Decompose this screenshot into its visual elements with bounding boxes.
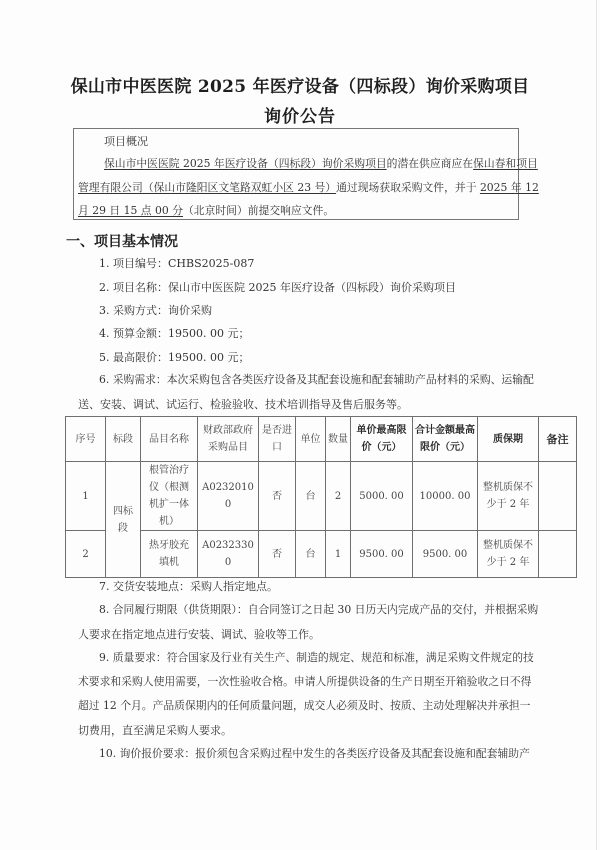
overview-project-name: 保山市中医医院 2025 年医疗设备（四标段）询价采购项目 bbox=[104, 157, 387, 170]
item-label: 4. 预算金额： bbox=[99, 327, 168, 340]
item-max-price: 5. 最高限价：19500. 00 元； bbox=[99, 349, 249, 365]
item-quote-requirements: 10. 询价报价要求：报价须包含采购过程中发生的各类医疗设备及其配套设施和配套辅… bbox=[99, 746, 530, 761]
overview-deadline-time: 月 29 日 15 点 00 分 bbox=[78, 204, 183, 217]
cell-item-name: 热牙胶充填机 bbox=[141, 531, 198, 578]
col-header-no: 序号 bbox=[66, 417, 106, 462]
cell-total: 10000. 00 bbox=[413, 462, 478, 531]
items-table: 序号 标段 品目名称 财政部政府采购品目 是否进口 单位 数量 单价最高限价（元… bbox=[65, 416, 577, 578]
overview-text: 的潜在供应商应在 bbox=[387, 157, 473, 170]
cell-no: 1 bbox=[66, 462, 106, 531]
col-header-catalog: 财政部政府采购品目 bbox=[198, 417, 259, 462]
cell-imported: 否 bbox=[259, 531, 296, 578]
item-project-name: 2. 项目名称：保山市中医医院 2025 年医疗设备（四标段）询价采购项目 bbox=[99, 279, 456, 295]
cell-qty: 1 bbox=[326, 531, 351, 578]
item-value: CHBS2025-087 bbox=[168, 257, 254, 270]
scan-edge bbox=[596, 0, 597, 850]
cell-total: 9500. 00 bbox=[413, 531, 478, 578]
col-header-qty: 数量 bbox=[326, 417, 351, 462]
item-quality-requirements-l2: 术要求和采购人使用需要，一次性验收合格。申请人所提供设备的生产日期至开箱验收之日… bbox=[78, 674, 531, 689]
item-project-number: 1. 项目编号：CHBS2025-087 bbox=[99, 255, 254, 271]
item-value: 本次采购包含各类医疗设备及其配套设施和配套辅助产品材料的采购、运输配 bbox=[167, 373, 534, 386]
col-header-lot: 标段 bbox=[106, 417, 141, 462]
col-header-remark: 备注 bbox=[539, 417, 577, 462]
cell-remark bbox=[539, 531, 577, 578]
item-requirements-continued: 送、安装、调试、试运行、检验验收、技术培训指导及售后服务等。 bbox=[78, 396, 408, 412]
overview-deadline: 2025 年 12 bbox=[480, 181, 539, 194]
col-header-unit: 单位 bbox=[296, 417, 326, 462]
overview-heading: 项目概况 bbox=[104, 133, 148, 149]
table-row: 1 四标段 根管治疗仪（根测机扩一体机） A02320100 否 台 2 500… bbox=[66, 462, 577, 531]
cell-unit: 台 bbox=[296, 531, 326, 578]
overview-line-2: 管理有限公司（保山市隆阳区文笔路双虹小区 23 号）通过现场获取采购文件，并于 … bbox=[78, 180, 539, 195]
col-header-imported: 是否进口 bbox=[259, 417, 296, 462]
col-header-unit-price: 单价最高限价（元） bbox=[351, 417, 413, 462]
item-requirements: 6. 采购需求：本次采购包含各类医疗设备及其配套设施和配套辅助产品材料的采购、运… bbox=[99, 372, 534, 387]
cell-catalog: A02323300 bbox=[198, 531, 259, 578]
table-header-row: 序号 标段 品目名称 财政部政府采购品目 是否进口 单位 数量 单价最高限价（元… bbox=[66, 417, 577, 462]
item-label: 3. 采购方式： bbox=[99, 304, 168, 317]
cell-unit: 台 bbox=[296, 462, 326, 531]
item-delivery-location: 7. 交货安装地点：采购人指定地点。 bbox=[99, 578, 278, 594]
item-quality-requirements-l4: 切费用，直至满足采购人要求。 bbox=[78, 722, 232, 738]
item-value: 询价采购 bbox=[168, 304, 212, 317]
item-value: 保山市中医医院 2025 年医疗设备（四标段）询价采购项目 bbox=[168, 281, 456, 294]
cell-warranty: 整机质保不少于 2 年 bbox=[478, 531, 539, 578]
overview-agency: 保山春和项目 bbox=[473, 157, 538, 170]
cell-no: 2 bbox=[66, 531, 106, 578]
item-label: 1. 项目编号： bbox=[99, 257, 168, 270]
document-subtitle: 询价公告 bbox=[0, 102, 600, 127]
table-row: 2 热牙胶充填机 A02323300 否 台 1 9500. 00 9500. … bbox=[66, 531, 577, 578]
col-header-total: 合计金额最高限价（元） bbox=[413, 417, 478, 462]
item-budget: 4. 预算金额：19500. 00 元； bbox=[99, 325, 249, 341]
overview-text: 通过现场获取采购文件，并于 bbox=[336, 181, 480, 194]
item-value: 19500. 00 元； bbox=[168, 351, 249, 364]
cell-remark bbox=[539, 462, 577, 531]
section-heading: 一、项目基本情况 bbox=[66, 231, 178, 251]
item-procurement-method: 3. 采购方式：询价采购 bbox=[99, 302, 212, 318]
overview-line-3: 月 29 日 15 点 00 分（北京时间）前提交响应文件。 bbox=[78, 203, 334, 218]
item-label: 2. 项目名称： bbox=[99, 281, 168, 294]
col-header-warranty: 质保期 bbox=[478, 417, 539, 462]
cell-unit-price: 9500. 00 bbox=[351, 531, 413, 578]
cell-warranty: 整机质保不少于 2 年 bbox=[478, 462, 539, 531]
item-quality-requirements-l3: 超过 12 个月。产品质保期内的任何质量问题，成交人必须及时、按质、主动处理解决… bbox=[78, 698, 530, 713]
item-label: 6. 采购需求： bbox=[99, 373, 167, 386]
item-contract-period: 8. 合同履行期限（供货期限）：自合同签订之日起 30 日历天内完成产品的交付，… bbox=[99, 602, 538, 617]
cell-lot: 四标段 bbox=[106, 462, 141, 578]
item-contract-period-continued: 人要求在指定地点进行安装、调试、验收等工作。 bbox=[78, 626, 320, 642]
item-quality-requirements: 9. 质量要求：符合国家及行业有关生产、制造的规定、规范和标准，满足采购文件规定… bbox=[99, 650, 534, 665]
cell-imported: 否 bbox=[259, 462, 296, 531]
col-header-item-name: 品目名称 bbox=[141, 417, 198, 462]
overview-line-1: 保山市中医医院 2025 年医疗设备（四标段）询价采购项目的潜在供应商应在保山春… bbox=[104, 156, 538, 171]
overview-agency-address: 管理有限公司（保山市隆阳区文笔路双虹小区 23 号） bbox=[78, 181, 336, 194]
overview-text: （北京时间）前提交响应文件。 bbox=[183, 204, 334, 217]
item-value: 19500. 00 元； bbox=[168, 327, 249, 340]
cell-catalog: A02320100 bbox=[198, 462, 259, 531]
document-title: 保山市中医医院 2025 年医疗设备（四标段）询价采购项目 bbox=[0, 72, 600, 97]
cell-unit-price: 5000. 00 bbox=[351, 462, 413, 531]
item-label: 5. 最高限价： bbox=[99, 351, 168, 364]
cell-qty: 2 bbox=[326, 462, 351, 531]
cell-item-name: 根管治疗仪（根测机扩一体机） bbox=[141, 462, 198, 531]
